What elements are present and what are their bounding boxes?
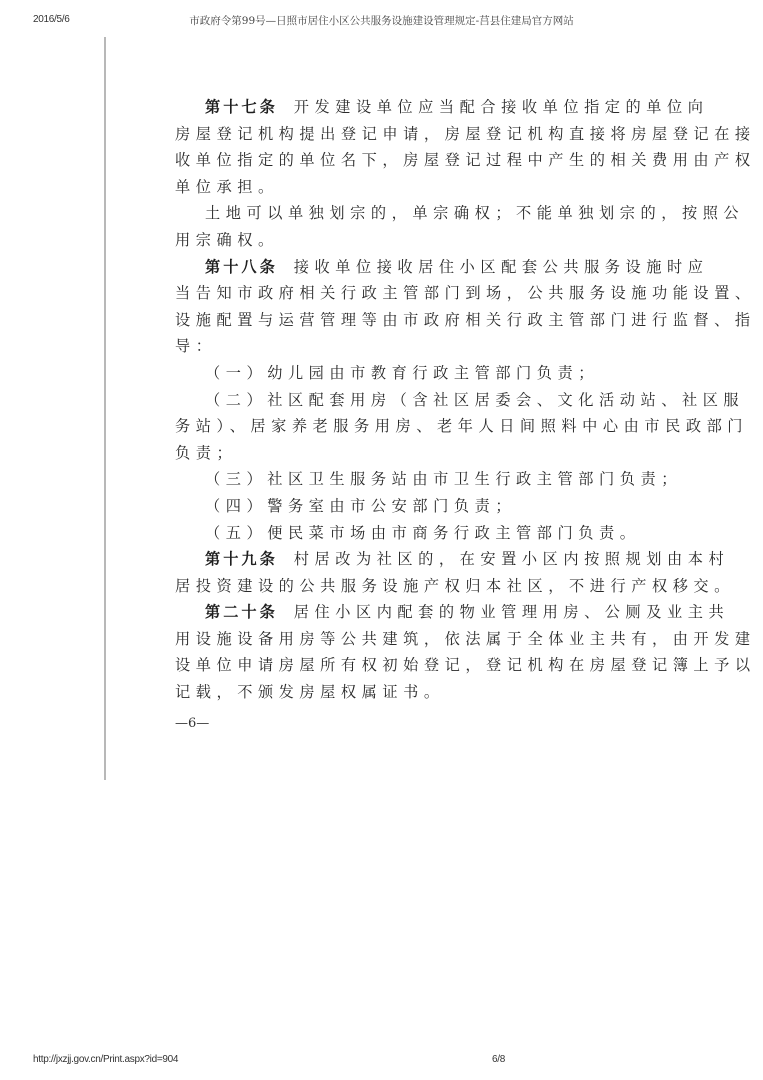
doc-line: （四）警务室由市公安部门负责； [175,493,615,520]
document-page-number: —6— [175,716,209,731]
doc-line-text: 接收单位接收居住小区配套公共服务设施时应 [294,258,709,276]
doc-line: 收单位指定的单位名下，房屋登记过程中产生的相关费用由产权 [175,147,615,174]
doc-line-text: 居住小区内配套的物业管理用房、公厕及业主共 [294,603,730,621]
doc-line: 第十八条接收单位接收居住小区配套公共服务设施时应 [175,254,615,281]
doc-line: 负责； [175,440,615,467]
doc-line: 居投资建设的公共服务设施产权归本社区，不进行产权移交。 [175,573,615,600]
print-page-title: 市政府令第99号—日照市居住小区公共服务设施建设管理规定-莒县住建局官方网站 [0,13,763,28]
doc-line: （三）社区卫生服务站由市卫生行政主管部门负责； [175,466,615,493]
doc-line: 设单位申请房屋所有权初始登记，登记机构在房屋登记簿上予以 [175,652,615,679]
doc-line: 土地可以单独划宗的，单宗确权；不能单独划宗的，按照公 [175,200,615,227]
doc-line: 第二十条居住小区内配套的物业管理用房、公厕及业主共 [175,599,615,626]
doc-line: 务站）、居家养老服务用房、老年人日间照料中心由市民政部门 [175,413,615,440]
doc-line: （一）幼儿园由市教育行政主管部门负责； [175,360,615,387]
article-number: 第十八条 [205,258,278,276]
doc-line: （五）便民菜市场由市商务行政主管部门负责。 [175,520,615,547]
doc-line: 当告知市政府相关行政主管部门到场，公共服务设施功能设置、 [175,280,615,307]
doc-line: 导： [175,333,615,360]
doc-line: 设施配置与运营管理等由市政府相关行政主管部门进行监督、指 [175,307,615,334]
article-number: 第十七条 [205,98,278,116]
print-header: 2016/5/6 市政府令第99号—日照市居住小区公共服务设施建设管理规定-莒县… [0,8,763,28]
doc-line-text: 开发建设单位应当配合接收单位指定的单位向 [294,98,709,116]
print-page-count: 6/8 [492,1054,505,1065]
doc-line: 记载，不颁发房屋权属证书。 [175,679,615,706]
doc-line: 第十七条开发建设单位应当配合接收单位指定的单位向 [175,94,615,121]
doc-line: 第十九条村居改为社区的，在安置小区内按照规划由本村 [175,546,615,573]
print-footer: http://jxzjj.gov.cn/Print.aspx?id=904 6/… [0,1048,763,1068]
article-number: 第十九条 [205,550,278,568]
article-number: 第二十条 [205,603,278,621]
doc-line: 用宗确权。 [175,227,615,254]
doc-line: 用设施设备用房等公共建筑，依法属于全体业主共有，由开发建 [175,626,615,653]
print-url: http://jxzjj.gov.cn/Print.aspx?id=904 [33,1054,178,1065]
doc-line: 房屋登记机构提出登记申请，房屋登记机构直接将房屋登记在接 [175,121,615,148]
scan-left-border [104,37,106,780]
doc-line: （二）社区配套用房（含社区居委会、文化活动站、社区服 [175,387,615,414]
doc-line-text: 村居改为社区的，在安置小区内按照规划由本村 [294,550,730,568]
document-body: 第十七条开发建设单位应当配合接收单位指定的单位向 房屋登记机构提出登记申请，房屋… [175,94,615,706]
doc-line: 单位承担。 [175,174,615,201]
